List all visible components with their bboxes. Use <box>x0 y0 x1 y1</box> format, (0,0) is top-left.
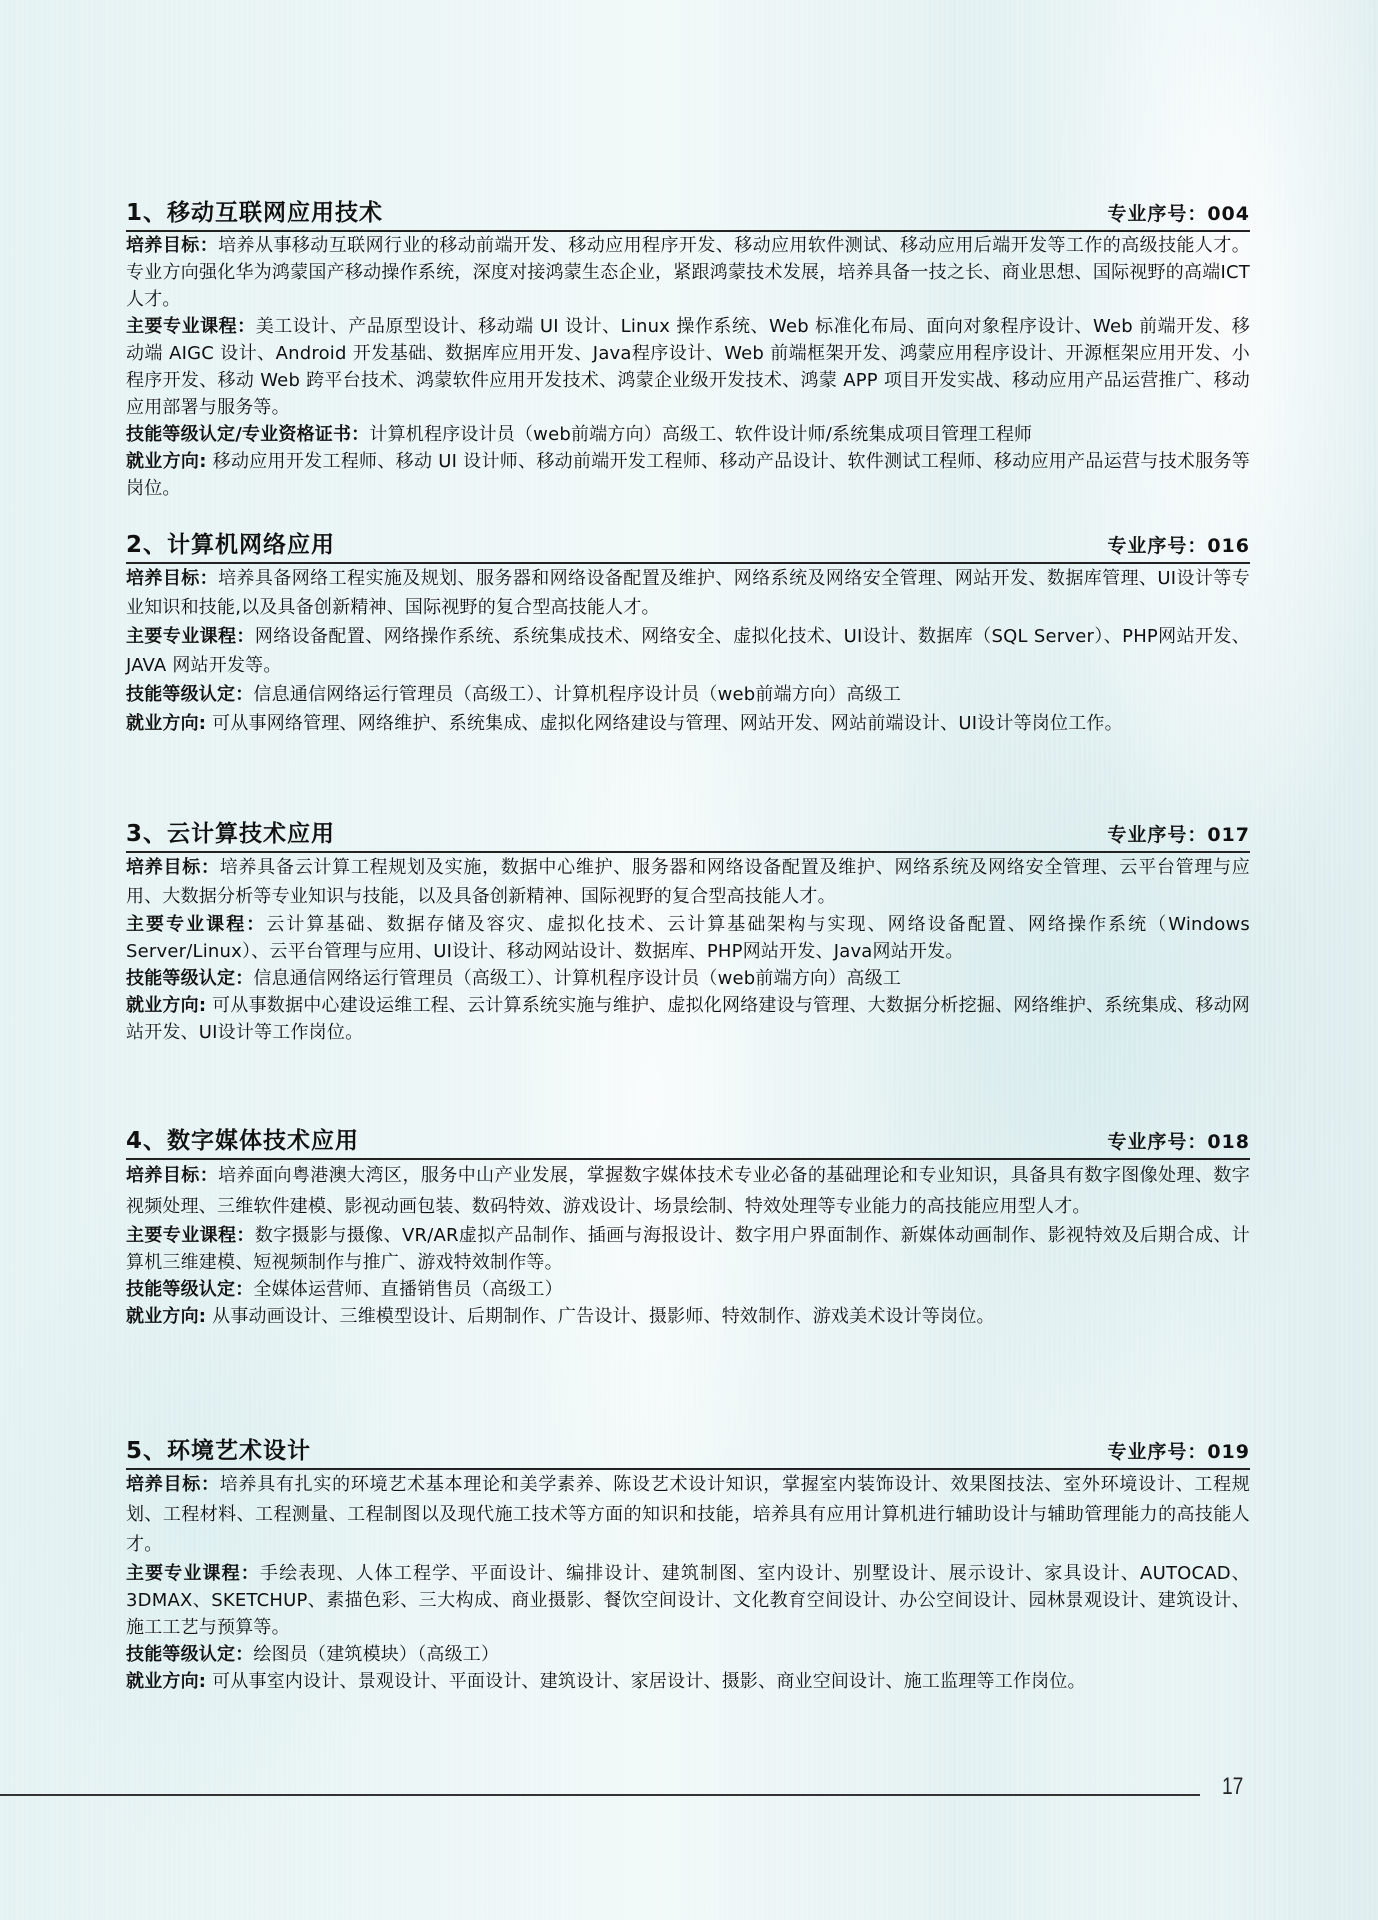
cert-text: 信息通信网络运行管理员（高级工）、计算机程序设计员（web前端方向）高级工 <box>253 968 901 989</box>
section-title: 5、环境艺术设计 <box>126 1436 311 1466</box>
goal-text: 培养从事移动互联网行业的移动前端开发、移动应用程序开发、移动应用软件测试、移动应… <box>126 235 1250 310</box>
section-title: 3、云计算技术应用 <box>126 819 335 849</box>
skill-certification: 技能等级认定：信息通信网络运行管理员（高级工）、计算机程序设计员（web前端方向… <box>126 965 1250 992</box>
major-section-004: 1、移动互联网应用技术 专业序号：004 培养目标：培养从事移动互联网行业的移动… <box>126 196 1250 502</box>
training-goal: 培养目标：培养具有扎实的环境艺术基本理论和美学素养、陈设艺术设计知识，掌握室内装… <box>126 1470 1250 1560</box>
cert-text: 绘图员（建筑模块）（高级工） <box>253 1644 499 1665</box>
courses-text: 网络设备配置、网络操作系统、系统集成技术、网络安全、虚拟化技术、UI设计、数据库… <box>126 626 1250 676</box>
major-section-018: 4、数字媒体技术应用 专业序号：018 培养目标：培养面向粤港澳大湾区，服务中山… <box>126 1124 1250 1330</box>
training-goal: 培养目标：培养具备云计算工程规划及实施，数据中心维护、服务器和网络设备配置及维护… <box>126 853 1250 911</box>
courses-text: 手绘表现、人体工程学、平面设计、编排设计、建筑制图、室内设计、别墅设计、展示设计… <box>126 1563 1250 1638</box>
courses-text: 美工设计、产品原型设计、移动端 UI 设计、Linux 操作系统、Web 标准化… <box>126 316 1250 418</box>
section-header: 2、计算机网络应用 专业序号：016 <box>126 528 1250 564</box>
cert-text: 全媒体运营师、直播销售员（高级工） <box>253 1279 562 1300</box>
courses-text: 云计算基础、数据存储及容灾、虚拟化技术、云计算基础架构与实现、网络设备配置、网络… <box>126 914 1250 962</box>
goal-label: 培养目标： <box>126 1165 218 1186</box>
skill-certification: 技能等级认定/专业资格证书：计算机程序设计员（web前端方向）高级工、软件设计师… <box>126 421 1250 448</box>
major-code: 专业序号：017 <box>1107 821 1250 849</box>
courses-label: 主要专业课程： <box>126 1563 260 1584</box>
main-courses: 主要专业课程：数字摄影与摄像、VR/AR虚拟产品制作、插画与海报设计、数字用户界… <box>126 1222 1250 1276</box>
goal-label: 培养目标： <box>126 857 220 878</box>
section-header: 5、环境艺术设计 专业序号：019 <box>126 1434 1250 1470</box>
section-title: 2、计算机网络应用 <box>126 530 335 560</box>
cert-text: 信息通信网络运行管理员（高级工）、计算机程序设计员（web前端方向）高级工 <box>253 684 901 705</box>
section-header: 4、数字媒体技术应用 专业序号：018 <box>126 1124 1250 1160</box>
goal-label: 培养目标： <box>126 235 218 256</box>
career-label: 就业方向: <box>126 995 206 1016</box>
major-code: 专业序号：018 <box>1107 1128 1250 1156</box>
goal-text: 培养具备网络工程实施及规划、服务器和网络设备配置及维护、网络系统及网络安全管理、… <box>126 568 1250 618</box>
goal-label: 培养目标： <box>126 1474 220 1495</box>
training-goal: 培养目标：培养面向粤港澳大湾区，服务中山产业发展，掌握数字媒体技术专业必备的基础… <box>126 1160 1250 1222</box>
main-courses: 主要专业课程：网络设备配置、网络操作系统、系统集成技术、网络安全、虚拟化技术、U… <box>126 622 1250 680</box>
cert-label: 技能等级认定： <box>126 1644 253 1665</box>
career-label: 就业方向: <box>126 1671 206 1692</box>
cert-label: 技能等级认定/专业资格证书： <box>126 424 369 445</box>
goal-text: 培养面向粤港澳大湾区，服务中山产业发展，掌握数字媒体技术专业必备的基础理论和专业… <box>126 1165 1250 1217</box>
section-title: 1、移动互联网应用技术 <box>126 198 383 228</box>
major-section-016: 2、计算机网络应用 专业序号：016 培养目标：培养具备网络工程实施及规划、服务… <box>126 528 1250 738</box>
major-code: 专业序号：019 <box>1107 1438 1250 1466</box>
main-courses: 主要专业课程：美工设计、产品原型设计、移动端 UI 设计、Linux 操作系统、… <box>126 313 1250 421</box>
footer-divider <box>0 1794 1200 1796</box>
major-code: 专业序号：004 <box>1107 200 1250 228</box>
page-number: 17 <box>1222 1773 1243 1801</box>
main-courses: 主要专业课程：云计算基础、数据存储及容灾、虚拟化技术、云计算基础架构与实现、网络… <box>126 911 1250 965</box>
courses-text: 数字摄影与摄像、VR/AR虚拟产品制作、插画与海报设计、数字用户界面制作、新媒体… <box>126 1225 1250 1273</box>
career-direction: 就业方向: 可从事网络管理、网络维护、系统集成、虚拟化网络建设与管理、网站开发、… <box>126 709 1250 738</box>
career-text: 可从事网络管理、网络维护、系统集成、虚拟化网络建设与管理、网站开发、网站前端设计… <box>212 713 1123 734</box>
career-text: 可从事数据中心建设运维工程、云计算系统实施与维护、虚拟化网络建设与管理、大数据分… <box>126 995 1250 1043</box>
skill-certification: 技能等级认定：全媒体运营师、直播销售员（高级工） <box>126 1276 1250 1303</box>
career-text: 从事动画设计、三维模型设计、后期制作、广告设计、摄影师、特效制作、游戏美术设计等… <box>212 1306 995 1327</box>
major-section-017: 3、云计算技术应用 专业序号：017 培养目标：培养具备云计算工程规划及实施，数… <box>126 817 1250 1046</box>
courses-label: 主要专业课程： <box>126 626 255 647</box>
major-code: 专业序号：016 <box>1107 532 1250 560</box>
section-title: 4、数字媒体技术应用 <box>126 1126 359 1156</box>
courses-label: 主要专业课程： <box>126 914 266 935</box>
major-section-019: 5、环境艺术设计 专业序号：019 培养目标：培养具有扎实的环境艺术基本理论和美… <box>126 1434 1250 1695</box>
career-direction: 就业方向: 移动应用开发工程师、移动 UI 设计师、移动前端开发工程师、移动产品… <box>126 448 1250 502</box>
section-header: 1、移动互联网应用技术 专业序号：004 <box>126 196 1250 232</box>
skill-certification: 技能等级认定：信息通信网络运行管理员（高级工）、计算机程序设计员（web前端方向… <box>126 680 1250 709</box>
courses-label: 主要专业课程： <box>126 316 256 337</box>
career-label: 就业方向: <box>126 451 207 472</box>
goal-label: 培养目标： <box>126 568 218 589</box>
section-header: 3、云计算技术应用 专业序号：017 <box>126 817 1250 853</box>
cert-label: 技能等级认定： <box>126 684 253 705</box>
training-goal: 培养目标：培养从事移动互联网行业的移动前端开发、移动应用程序开发、移动应用软件测… <box>126 232 1250 313</box>
career-direction: 就业方向: 可从事室内设计、景观设计、平面设计、建筑设计、家居设计、摄影、商业空… <box>126 1668 1250 1695</box>
career-direction: 就业方向: 可从事数据中心建设运维工程、云计算系统实施与维护、虚拟化网络建设与管… <box>126 992 1250 1046</box>
career-text: 移动应用开发工程师、移动 UI 设计师、移动前端开发工程师、移动产品设计、软件测… <box>126 451 1250 499</box>
career-direction: 就业方向: 从事动画设计、三维模型设计、后期制作、广告设计、摄影师、特效制作、游… <box>126 1303 1250 1330</box>
skill-certification: 技能等级认定：绘图员（建筑模块）（高级工） <box>126 1641 1250 1668</box>
courses-label: 主要专业课程： <box>126 1225 255 1246</box>
goal-text: 培养具备云计算工程规划及实施，数据中心维护、服务器和网络设备配置及维护、网络系统… <box>126 857 1250 907</box>
career-text: 可从事室内设计、景观设计、平面设计、建筑设计、家居设计、摄影、商业空间设计、施工… <box>212 1671 1086 1692</box>
career-label: 就业方向: <box>126 1306 206 1327</box>
training-goal: 培养目标：培养具备网络工程实施及规划、服务器和网络设备配置及维护、网络系统及网络… <box>126 564 1250 622</box>
career-label: 就业方向: <box>126 713 206 734</box>
main-courses: 主要专业课程：手绘表现、人体工程学、平面设计、编排设计、建筑制图、室内设计、别墅… <box>126 1560 1250 1641</box>
goal-text: 培养具有扎实的环境艺术基本理论和美学素养、陈设艺术设计知识，掌握室内装饰设计、效… <box>126 1474 1250 1555</box>
cert-label: 技能等级认定： <box>126 968 253 989</box>
cert-label: 技能等级认定： <box>126 1279 253 1300</box>
cert-text: 计算机程序设计员（web前端方向）高级工、软件设计师/系统集成项目管理工程师 <box>369 424 1032 445</box>
